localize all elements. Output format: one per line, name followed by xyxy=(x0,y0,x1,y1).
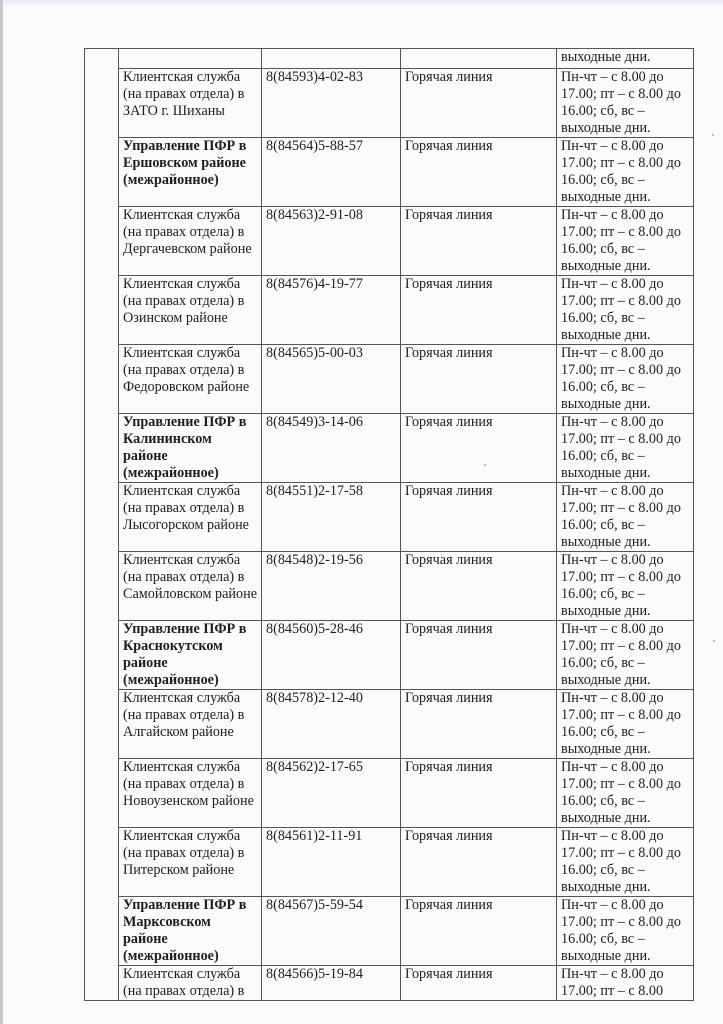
cell-phone: 8(84562)2-17-65 xyxy=(262,759,401,828)
cell-office-name: Управление ПФР в Краснокутском районе (м… xyxy=(119,621,262,690)
table-row: Клиентская служба (на правах отдела) в О… xyxy=(85,276,694,345)
cell-hours: Пн-чт – с 8.00 до 17.00; пт – с 8.00 до … xyxy=(557,345,694,414)
cell-hours: Пн-чт – с 8.00 до 17.00; пт – с 8.00 до … xyxy=(557,552,694,621)
cell-phone: 8(84593)4-02-83 xyxy=(262,69,401,138)
cell-line-type: Горячая линия xyxy=(401,345,557,414)
cell-office-name: Управление ПФР в Ершовском районе (межра… xyxy=(119,138,262,207)
index-column-cell xyxy=(85,49,119,1001)
table-row: Управление ПФР в Ершовском районе (межра… xyxy=(85,138,694,207)
cell-phone: 8(84560)5-28-46 xyxy=(262,621,401,690)
cell-office-name: Клиентская служба (на правах отдела) в П… xyxy=(119,828,262,897)
cell-office-name: Клиентская служба (на правах отдела) в Ф… xyxy=(119,345,262,414)
scan-top-shadow xyxy=(0,0,723,6)
cell-office-name: Клиентская служба (на правах отдела) в xyxy=(119,966,262,1001)
cell-office-name: Клиентская служба (на правах отдела) в О… xyxy=(119,276,262,345)
cell-hours: Пн-чт – с 8.00 до 17.00; пт – с 8.00 до … xyxy=(557,828,694,897)
cell-hours: Пн-чт – с 8.00 до 17.00; пт – с 8.00 до … xyxy=(557,759,694,828)
cell-office-name: Клиентская служба (на правах отдела) в А… xyxy=(119,690,262,759)
cell-line-type: Горячая линия xyxy=(401,759,557,828)
scan-left-edge xyxy=(0,0,3,1024)
cell-line-type: Горячая линия xyxy=(401,897,557,966)
cell-phone: 8(84561)2-11-91 xyxy=(262,828,401,897)
cell-hours: Пн-чт – с 8.00 до 17.00; пт – с 8.00 xyxy=(557,966,694,1001)
cell-hours: Пн-чт – с 8.00 до 17.00; пт – с 8.00 до … xyxy=(557,483,694,552)
cell-line-type: Горячая линия xyxy=(401,483,557,552)
cell-type xyxy=(401,49,557,69)
cell-hours: Пн-чт – с 8.00 до 17.00; пт – с 8.00 до … xyxy=(557,897,694,966)
scan-speck xyxy=(712,134,714,136)
cell-phone: 8(84563)2-91-08 xyxy=(262,207,401,276)
cell-line-type: Горячая линия xyxy=(401,552,557,621)
cell-office-name: Клиентская служба (на правах отдела) в Л… xyxy=(119,483,262,552)
table-row: Клиентская служба (на правах отдела) в З… xyxy=(85,69,694,138)
cell-office-name: Клиентская служба (на правах отдела) в Н… xyxy=(119,759,262,828)
cell-hours: Пн-чт – с 8.00 до 17.00; пт – с 8.00 до … xyxy=(557,414,694,483)
cell-phone: 8(84565)5-00-03 xyxy=(262,345,401,414)
cell-line-type: Горячая линия xyxy=(401,621,557,690)
cell-office-name: Клиентская служба (на правах отдела) в З… xyxy=(119,69,262,138)
cell-phone: 8(84549)3-14-06 xyxy=(262,414,401,483)
table-row: Клиентская служба (на правах отдела) в Д… xyxy=(85,207,694,276)
cell-phone: 8(84564)5-88-57 xyxy=(262,138,401,207)
cell-line-type: Горячая линия xyxy=(401,414,557,483)
cell-line-type: Горячая линия xyxy=(401,138,557,207)
cell-office-name: Управление ПФР в Марксовском районе (меж… xyxy=(119,897,262,966)
cell-phone: 8(84548)2-19-56 xyxy=(262,552,401,621)
table-row: Клиентская служба (на правах отдела) в Н… xyxy=(85,759,694,828)
cell-office-name: Клиентская служба (на правах отдела) в Д… xyxy=(119,207,262,276)
table-row: Клиентская служба (на правах отдела) в Ф… xyxy=(85,345,694,414)
contacts-table: выходные дни. Клиентская служба (на прав… xyxy=(84,48,694,1001)
cell-name xyxy=(119,49,262,69)
cell-phone: 8(84576)4-19-77 xyxy=(262,276,401,345)
cell-hours: выходные дни. xyxy=(557,49,694,69)
cell-hours: Пн-чт – с 8.00 до 17.00; пт – с 8.00 до … xyxy=(557,621,694,690)
scan-speck xyxy=(713,640,715,642)
table-row: Клиентская служба (на правах отдела) в П… xyxy=(85,828,694,897)
cell-hours: Пн-чт – с 8.00 до 17.00; пт – с 8.00 до … xyxy=(557,69,694,138)
table-row: Клиентская служба (на правах отдела) в Л… xyxy=(85,483,694,552)
table-row: Управление ПФР в Краснокутском районе (м… xyxy=(85,621,694,690)
cell-phone: 8(84567)5-59-54 xyxy=(262,897,401,966)
cell-office-name: Управление ПФР в Калининском районе (меж… xyxy=(119,414,262,483)
table-row: Управление ПФР в Калининском районе (меж… xyxy=(85,414,694,483)
cell-phone: 8(84578)2-12-40 xyxy=(262,690,401,759)
cell-line-type: Горячая линия xyxy=(401,69,557,138)
cell-hours: Пн-чт – с 8.00 до 17.00; пт – с 8.00 до … xyxy=(557,207,694,276)
table-row: Клиентская служба (на правах отдела) в С… xyxy=(85,552,694,621)
cell-phone: 8(84566)5-19-84 xyxy=(262,966,401,1001)
cell-line-type: Горячая линия xyxy=(401,828,557,897)
cell-line-type: Горячая линия xyxy=(401,276,557,345)
cell-hours: Пн-чт – с 8.00 до 17.00; пт – с 8.00 до … xyxy=(557,138,694,207)
cell-line-type: Горячая линия xyxy=(401,966,557,1001)
cell-hours: Пн-чт – с 8.00 до 17.00; пт – с 8.00 до … xyxy=(557,276,694,345)
table-row-continuation: выходные дни. xyxy=(85,49,694,69)
table-row: Управление ПФР в Марксовском районе (меж… xyxy=(85,897,694,966)
cell-line-type: Горячая линия xyxy=(401,207,557,276)
cell-office-name: Клиентская служба (на правах отдела) в С… xyxy=(119,552,262,621)
cell-phone: 8(84551)2-17-58 xyxy=(262,483,401,552)
cell-phone xyxy=(262,49,401,69)
table-row: Клиентская служба (на правах отдела) в А… xyxy=(85,690,694,759)
table-row: Клиентская служба (на правах отдела) в8(… xyxy=(85,966,694,1001)
cell-hours: Пн-чт – с 8.00 до 17.00; пт – с 8.00 до … xyxy=(557,690,694,759)
cell-line-type: Горячая линия xyxy=(401,690,557,759)
